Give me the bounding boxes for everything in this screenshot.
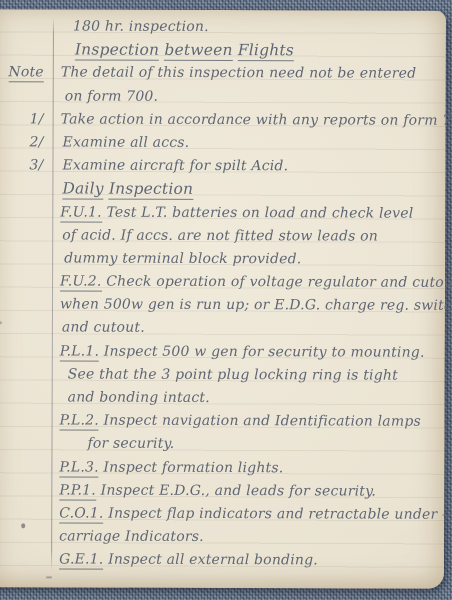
underlined-text: P.P.1.	[59, 482, 96, 500]
underlined-text: C.O.1.	[59, 505, 103, 523]
text-segment: Inspect navigation and Identification la…	[99, 413, 421, 430]
underlined-text: Inspection	[75, 41, 159, 61]
underlined-text: F.U.1.	[60, 204, 102, 222]
handwritten-line: on form 700.	[0, 85, 446, 110]
handwritten-line: P.L.3. Inspect formation lights.	[0, 456, 444, 481]
text-segment: Inspect flap indicators and retractable …	[104, 506, 450, 523]
handwritten-line: 3/Examine aircraft for spilt Acid.	[0, 154, 446, 179]
text-segment: Check operation of voltage regulator and…	[102, 274, 452, 291]
text-segment: of acid. If accs. are not fitted stow le…	[62, 227, 378, 244]
text-segment: and cutout.	[62, 320, 145, 336]
underlined-text: Flights	[238, 41, 294, 61]
handwritten-line: See that the 3 point plug locking ring i…	[0, 363, 445, 388]
handwritten-line: P.L.2. Inspect navigation and Identifica…	[0, 409, 445, 434]
text-segment: Test L.T. batteries on load and check le…	[102, 204, 414, 221]
text-segment: on form 700.	[65, 88, 159, 104]
handwritten-line: P.L.1. Inspect 500 w gen for security to…	[0, 340, 445, 365]
photo-frame: { "document": { "kind": "handwritten not…	[0, 0, 452, 600]
handwritten-line: for security.	[0, 433, 445, 458]
text-segment: The detail of this inspection need not b…	[61, 65, 417, 82]
handwritten-line: Inspection between Flights	[0, 38, 446, 63]
underlined-text: P.L.3.	[59, 459, 98, 477]
underlined-text: Inspection	[109, 180, 193, 200]
handwritten-line: when 500w gen is run up; or E.D.G. charg…	[0, 293, 445, 318]
handwritten-line: P.P.1. Inspect E.D.G., and leads for sec…	[0, 479, 444, 504]
handwritten-line: NoteThe detail of this inspection need n…	[0, 62, 446, 87]
margin-label: 3/	[0, 154, 53, 177]
handwritten-line: of acid. If accs. are not fitted stow le…	[0, 224, 445, 249]
underlined-text: Note	[8, 65, 43, 83]
handwritten-line: 2/Examine all accs.	[0, 131, 446, 156]
handwritten-line: 1/Take action in accordance with any rep…	[0, 108, 446, 133]
text-segment: Take action in accordance with any repor…	[61, 111, 452, 128]
text-segment: Inspect E.D.G., and leads for security.	[96, 482, 376, 499]
underlined-text: F.U.2.	[60, 274, 102, 292]
handwritten-line: and cutout.	[0, 317, 445, 342]
text-segment: and bonding intact.	[68, 389, 210, 405]
margin-label: Note	[0, 62, 53, 85]
notebook-page: 180 hr. inspection.Inspection between Fl…	[0, 9, 446, 589]
underlined-text: P.L.2.	[60, 413, 99, 431]
handwritten-line: C.O.1. Inspect flap indicators and retra…	[0, 502, 444, 527]
text-segment: dummy terminal block provided.	[64, 250, 301, 267]
handwriting-content: 180 hr. inspection.Inspection between Fl…	[0, 15, 446, 589]
text-segment: when 500w gen is run up; or E.D.G. charg…	[60, 297, 452, 314]
text-segment: Examine aircraft for spilt Acid.	[62, 158, 288, 175]
handwritten-line: G.E.1. Inspect all external bonding.	[0, 549, 444, 574]
handwritten-line: F.U.2. Check operation of voltage regula…	[0, 270, 445, 295]
text-segment: for security.	[87, 436, 174, 452]
handwritten-line: and bonding intact.	[0, 386, 445, 411]
margin-label: 1/	[0, 108, 53, 131]
text-segment: Inspect 500 w gen for security to mounti…	[99, 343, 425, 360]
underlined-text: Daily	[62, 180, 103, 200]
underlined-text: P.L.1.	[60, 343, 99, 361]
text-segment: See that the 3 point plug locking ring i…	[68, 366, 398, 383]
text-segment: Examine all accs.	[63, 134, 190, 150]
handwritten-line: dummy terminal block provided.	[0, 247, 445, 272]
handwritten-line: Daily Inspection	[0, 178, 445, 203]
text-segment: carriage Indicators.	[59, 529, 204, 546]
handwritten-line: 180 hr. inspection.	[0, 15, 446, 40]
underlined-text: G.E.1.	[59, 552, 103, 570]
handwritten-line: F.U.1. Test L.T. batteries on load and c…	[0, 201, 445, 226]
text-segment: Inspect formation lights.	[99, 459, 284, 476]
handwritten-line: carriage Indicators.	[0, 525, 444, 550]
text-segment: Inspect all external bonding.	[103, 552, 318, 569]
margin-label: 2/	[0, 131, 53, 154]
text-segment: 180 hr. inspection.	[73, 18, 209, 34]
underlined-text: between	[164, 41, 232, 61]
